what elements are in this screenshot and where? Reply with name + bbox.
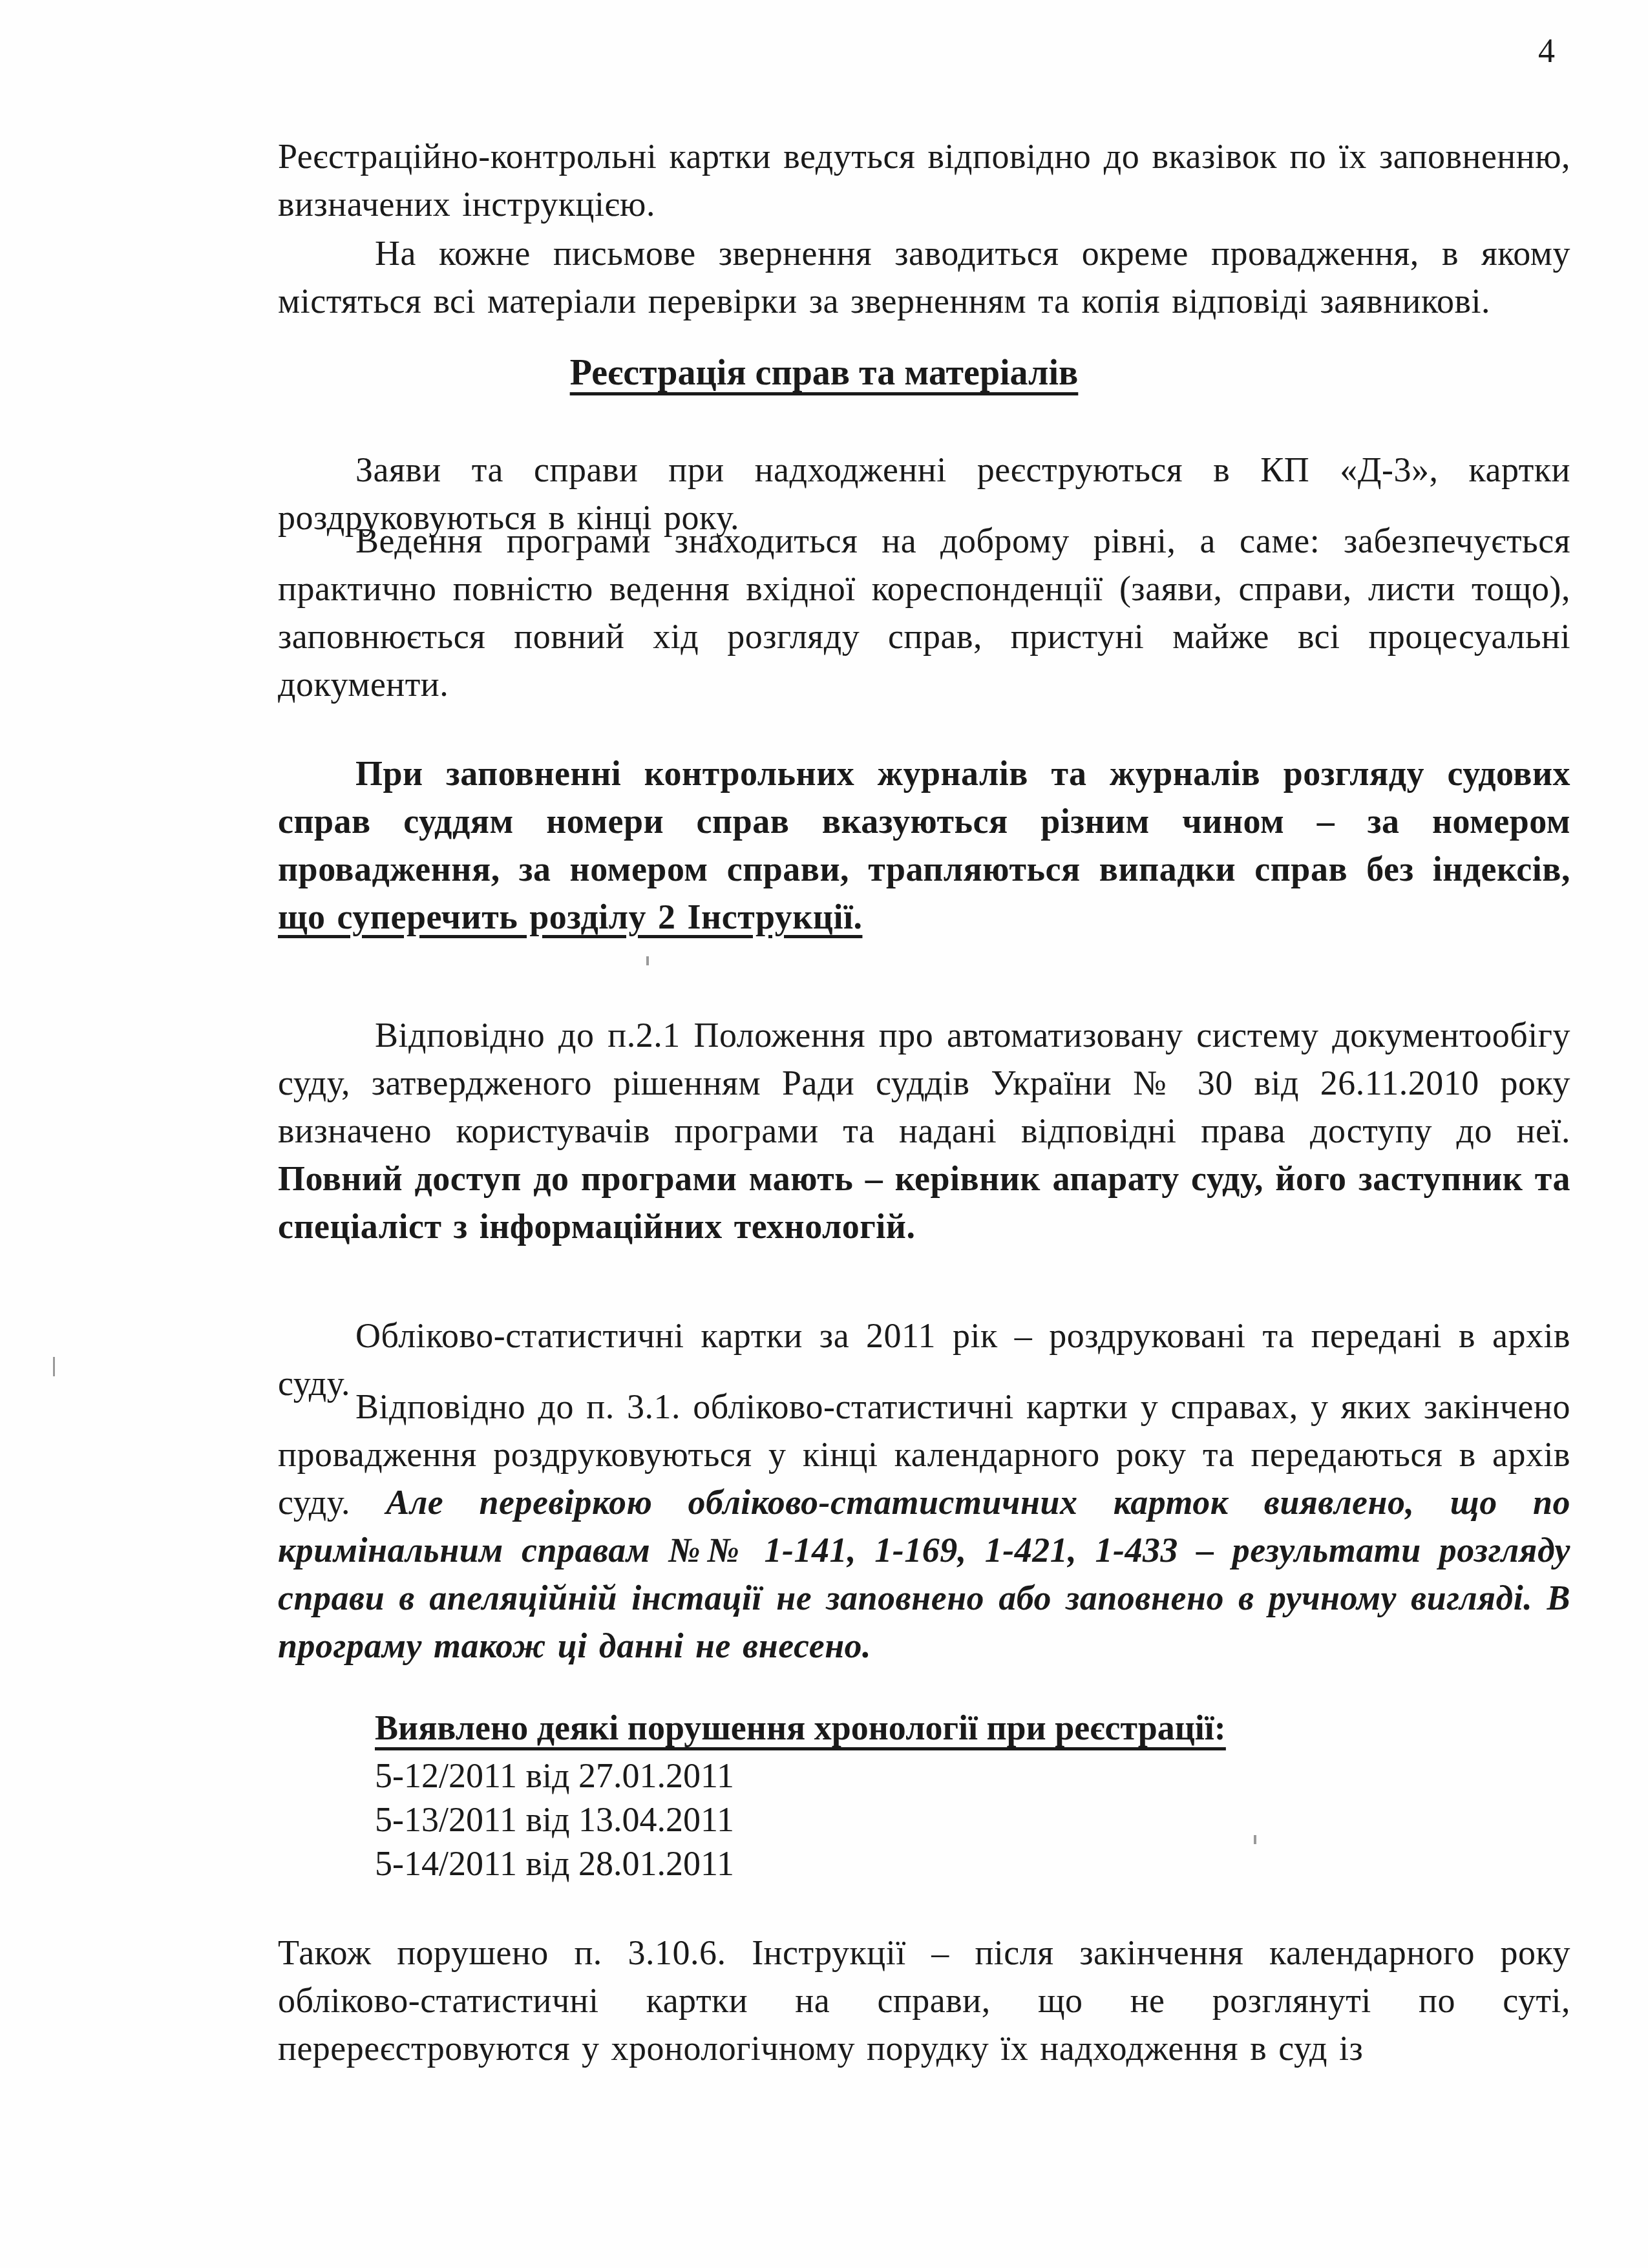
paragraph-registration-cards: Реєстраційно-контрольні картки ведуться … xyxy=(278,132,1570,228)
violation-entry: 5-14/2011 від 28.01.2011 xyxy=(375,1842,1538,1885)
paragraph-access-rights: Відповідно до п.2.1 Положення про автома… xyxy=(278,1011,1570,1250)
section-heading-text: Реєстрація справ та матеріалів xyxy=(570,353,1079,393)
paragraph-journal-violations: При заповненні контрольних журналів та ж… xyxy=(278,750,1570,941)
paragraph-written-appeals: На кожне письмове звернення заводиться о… xyxy=(278,229,1570,325)
paragraph-statistics-cards-check: Відповідно до п. 3.1. обліково-статистич… xyxy=(278,1383,1570,1670)
paragraph-text: При заповненні контрольних журналів та ж… xyxy=(278,750,1570,941)
scan-artifact xyxy=(1254,1835,1256,1844)
scan-artifact xyxy=(53,1357,55,1376)
paragraph-reregistration: Також порушено п. 3.10.6. Інструкції – п… xyxy=(278,1929,1570,2072)
paragraph-text: Відповідно до п.2.1 Положення про автома… xyxy=(278,1011,1570,1250)
section-heading: Реєстрація справ та матеріалів xyxy=(0,349,1648,397)
violation-entry: 5-13/2011 від 13.04.2011 xyxy=(375,1798,1538,1842)
italic-bold-text: Але перевіркою обліково-статистичних кар… xyxy=(278,1483,1570,1665)
chronology-violations: Виявлено деякі порушення хронології при … xyxy=(375,1706,1538,1885)
paragraph-text: На кожне письмове звернення заводиться о… xyxy=(278,229,1570,325)
bold-text: Повний доступ до програми мають – керівн… xyxy=(278,1159,1570,1246)
regular-text: Відповідно до п.2.1 Положення про автома… xyxy=(278,1016,1570,1150)
paragraph-text: Реєстраційно-контрольні картки ведуться … xyxy=(278,132,1570,228)
paragraph-text: Ведення програми знаходиться на доброму … xyxy=(278,517,1570,708)
paragraph-program-maintenance: Ведення програми знаходиться на доброму … xyxy=(278,517,1570,708)
bold-text: При заповненні контрольних журналів та ж… xyxy=(278,754,1570,888)
paragraph-text: Відповідно до п. 3.1. обліково-статистич… xyxy=(278,1383,1570,1670)
underlined-text: що суперечить розділу 2 Інструкції. xyxy=(278,898,862,936)
scan-artifact xyxy=(646,956,649,965)
paragraph-text: Також порушено п. 3.10.6. Інструкції – п… xyxy=(278,1929,1570,2072)
page-number: 4 xyxy=(1538,32,1555,71)
violation-entry: 5-12/2011 від 27.01.2011 xyxy=(375,1754,1538,1798)
chronology-violations-heading: Виявлено деякі порушення хронології при … xyxy=(375,1706,1538,1750)
document-page: 4 Реєстраційно-контрольні картки ведутьс… xyxy=(0,0,1648,2268)
